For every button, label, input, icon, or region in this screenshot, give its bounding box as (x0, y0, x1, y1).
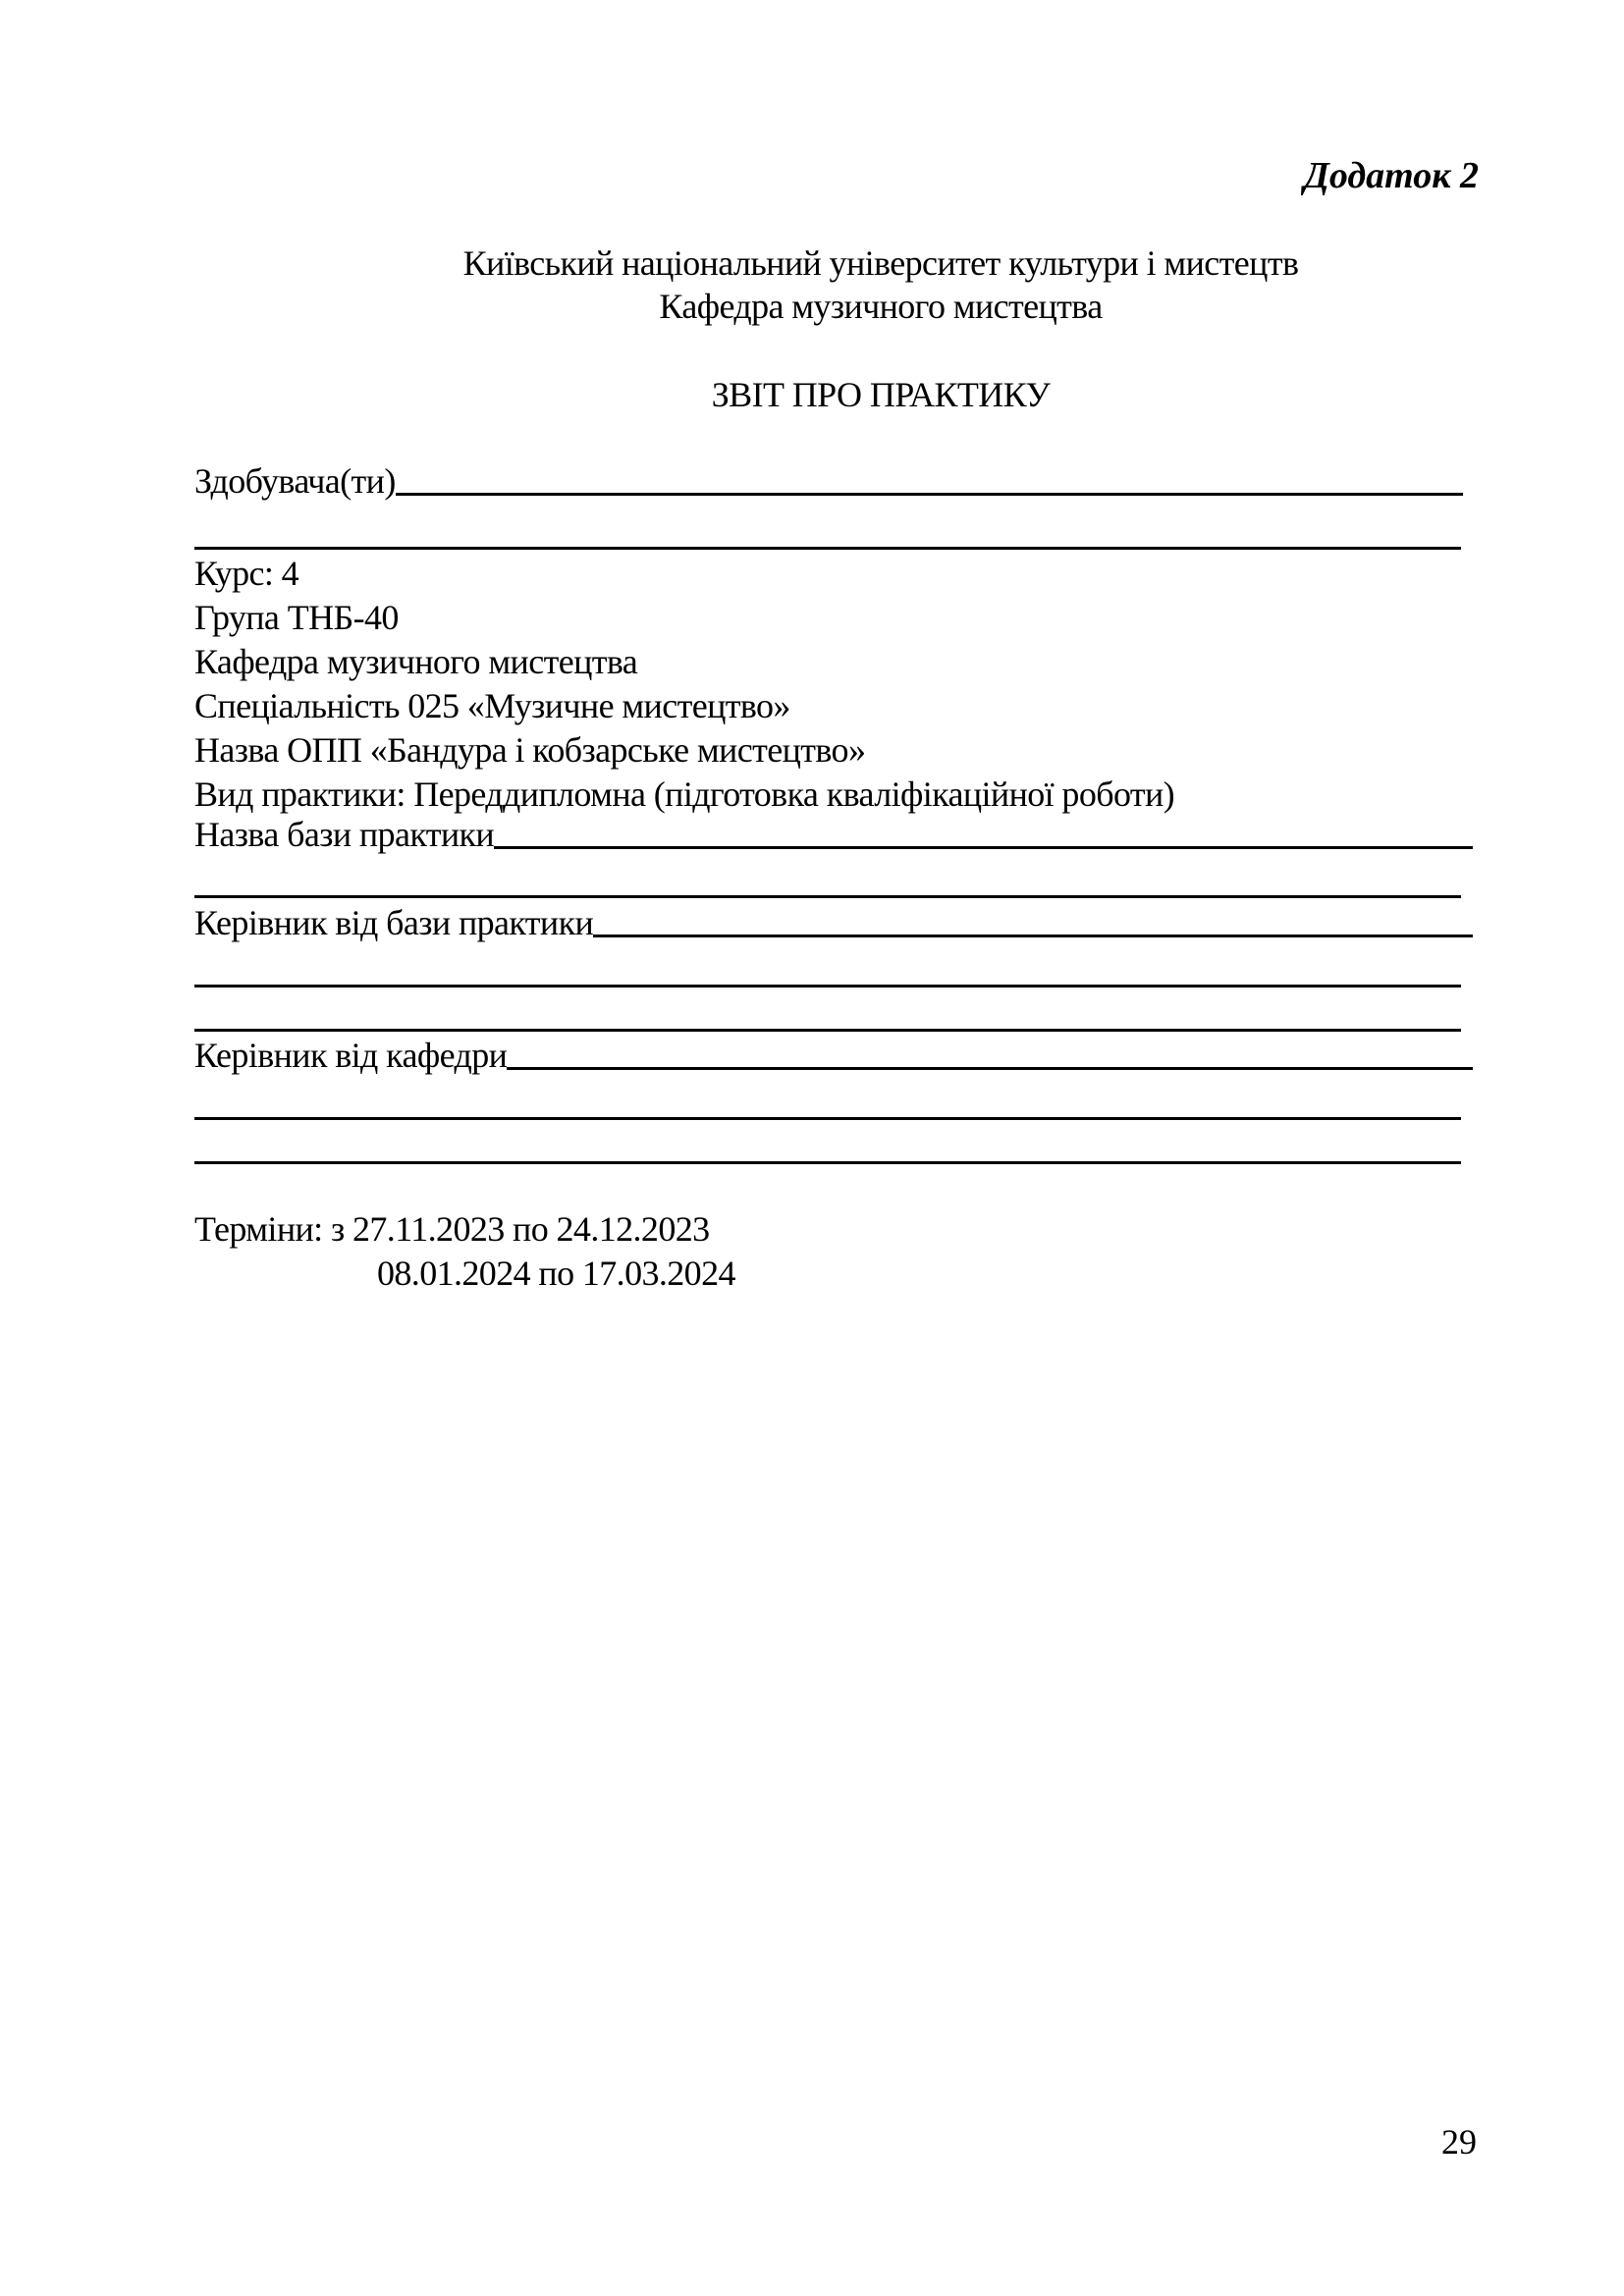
student-field[interactable]: Здобувача(ти) (194, 459, 1463, 504)
base-supervisor-input-line[interactable] (593, 934, 1473, 937)
specialty: Спеціальність 025 «Музичне мистецтво» (194, 684, 790, 728)
page-number: 29 (1441, 2120, 1477, 2164)
base-supervisor-line-3[interactable] (194, 1029, 1461, 1032)
dept-supervisor-input-line[interactable] (507, 1066, 1473, 1070)
student-label: Здобувача(ти) (194, 459, 396, 504)
department-name: Кафедра музичного мистецтва (0, 285, 1624, 329)
dept-supervisor-line-2[interactable] (194, 1117, 1461, 1120)
appendix-label: Додаток 2 (1304, 154, 1479, 198)
program-name: Назва ОПП «Бандура і кобзарське мистецтв… (194, 728, 865, 773)
student-input-line[interactable] (396, 492, 1463, 496)
student-continuation-line[interactable] (194, 547, 1461, 550)
practice-base-input-line[interactable] (494, 845, 1473, 849)
terms-line-1: Терміни: з 27.11.2023 по 24.12.2023 (194, 1207, 710, 1252)
practice-base-field[interactable]: Назва бази практики (194, 813, 1473, 857)
department: Кафедра музичного мистецтва (194, 640, 637, 684)
base-supervisor-label: Керівник від бази практики (194, 901, 593, 945)
practice-base-label: Назва бази практики (194, 813, 494, 857)
practice-base-continuation-line[interactable] (194, 895, 1461, 898)
dept-supervisor-label: Керівник від кафедри (194, 1034, 507, 1078)
practice-type: Вид практики: Переддипломна (підготовка … (194, 773, 1174, 817)
group: Група ТНБ-40 (194, 596, 399, 640)
terms-line-2: 08.01.2024 по 17.03.2024 (377, 1252, 735, 1296)
dept-supervisor-line-3[interactable] (194, 1161, 1461, 1164)
dept-supervisor-field[interactable]: Керівник від кафедри (194, 1034, 1473, 1078)
base-supervisor-line-2[interactable] (194, 985, 1461, 988)
base-supervisor-field[interactable]: Керівник від бази практики (194, 901, 1473, 945)
document-title: ЗВІТ ПРО ПРАКТИКУ (0, 373, 1624, 417)
course: Курс: 4 (194, 552, 298, 596)
university-name: Київський національний університет культ… (0, 241, 1624, 286)
